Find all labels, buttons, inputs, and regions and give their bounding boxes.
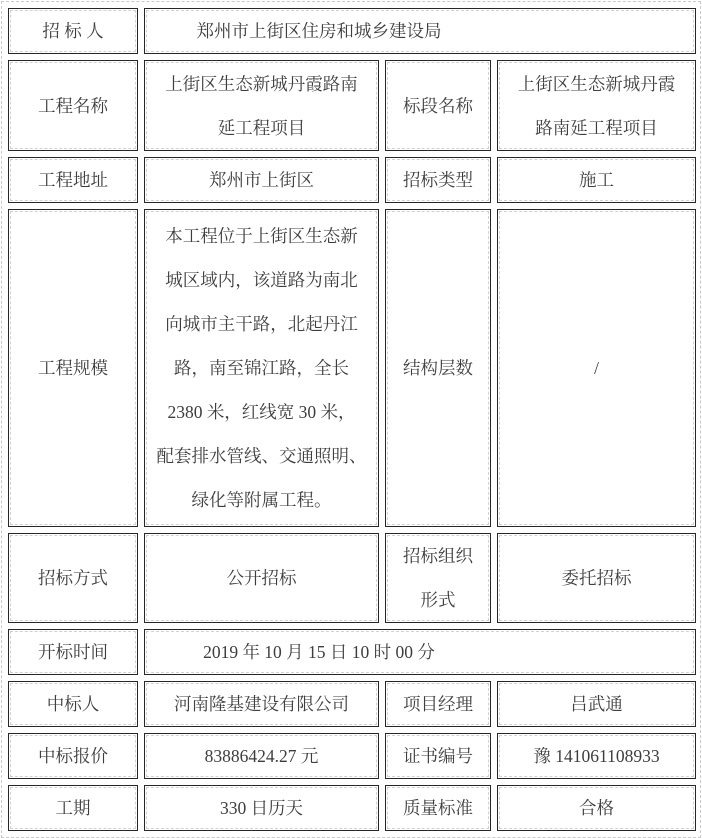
- winner-value: 河南隆基建设有限公司: [144, 681, 379, 727]
- project-name-row: 工程名称 上街区生态新城丹霞路南 延工程项目 标段名称 上街区生态新城丹霞 路南…: [8, 60, 696, 151]
- duration-value: 330 日历天: [144, 785, 379, 831]
- project-name-value: 上街区生态新城丹霞路南 延工程项目: [144, 60, 379, 151]
- project-address-value: 郑州市上街区: [144, 157, 379, 203]
- project-manager-label: 项目经理: [385, 681, 491, 727]
- opening-time-label: 开标时间: [8, 629, 138, 675]
- bid-type-value: 施工: [497, 157, 696, 203]
- tenderer-label: 招 标 人: [8, 8, 138, 54]
- bid-organization-label: 招标组织 形式: [385, 533, 491, 623]
- tender-record-page: 招 标 人 郑州市上街区住房和城乡建设局 工程名称 上街区生态新城丹霞路南 延工…: [0, 0, 702, 818]
- bid-method-label: 招标方式: [8, 533, 138, 623]
- bid-price-label: 中标报价: [8, 733, 138, 779]
- section-name-label: 标段名称: [385, 60, 491, 151]
- bid-method-row: 招标方式 公开招标 招标组织 形式 委托招标: [8, 533, 696, 623]
- bid-method-value: 公开招标: [144, 533, 379, 623]
- project-scale-label: 工程规模: [8, 209, 138, 527]
- structure-floors-label: 结构层数: [385, 209, 491, 527]
- table-outer-gridline: 招 标 人 郑州市上街区住房和城乡建设局 工程名称 上街区生态新城丹霞路南 延工…: [1, 1, 701, 838]
- quality-standard-value: 合格: [497, 785, 696, 831]
- winner-label: 中标人: [8, 681, 138, 727]
- bid-price-value: 83886424.27 元: [144, 733, 379, 779]
- quality-standard-label: 质量标准: [385, 785, 491, 831]
- opening-time-row: 开标时间 2019 年 10 月 15 日 10 时 00 分: [8, 629, 696, 675]
- project-manager-value: 吕武通: [497, 681, 696, 727]
- structure-floors-value: /: [497, 209, 696, 527]
- project-address-label: 工程地址: [8, 157, 138, 203]
- project-name-label: 工程名称: [8, 60, 138, 151]
- bid-type-label: 招标类型: [385, 157, 491, 203]
- opening-time-value: 2019 年 10 月 15 日 10 时 00 分: [144, 629, 696, 675]
- project-address-row: 工程地址 郑州市上街区 招标类型 施工: [8, 157, 696, 203]
- duration-row: 工期 330 日历天 质量标准 合格: [8, 785, 696, 831]
- bid-organization-value: 委托招标: [497, 533, 696, 623]
- project-scale-row: 工程规模 本工程位于上街区生态新 城区域内，该道路为南北 向城市主干路，北起丹江…: [8, 209, 696, 527]
- section-name-value: 上街区生态新城丹霞 路南延工程项目: [497, 60, 696, 151]
- tenderer-value: 郑州市上街区住房和城乡建设局: [144, 8, 696, 54]
- tenderer-row: 招 标 人 郑州市上街区住房和城乡建设局: [8, 8, 696, 54]
- tender-record-table: 招 标 人 郑州市上街区住房和城乡建设局 工程名称 上街区生态新城丹霞路南 延工…: [2, 2, 702, 837]
- certificate-no-value: 豫 141061108933: [497, 733, 696, 779]
- certificate-no-label: 证书编号: [385, 733, 491, 779]
- bid-price-row: 中标报价 83886424.27 元 证书编号 豫 141061108933: [8, 733, 696, 779]
- project-scale-value: 本工程位于上街区生态新 城区域内，该道路为南北 向城市主干路，北起丹江 路，南至…: [144, 209, 379, 527]
- winner-row: 中标人 河南隆基建设有限公司 项目经理 吕武通: [8, 681, 696, 727]
- duration-label: 工期: [8, 785, 138, 831]
